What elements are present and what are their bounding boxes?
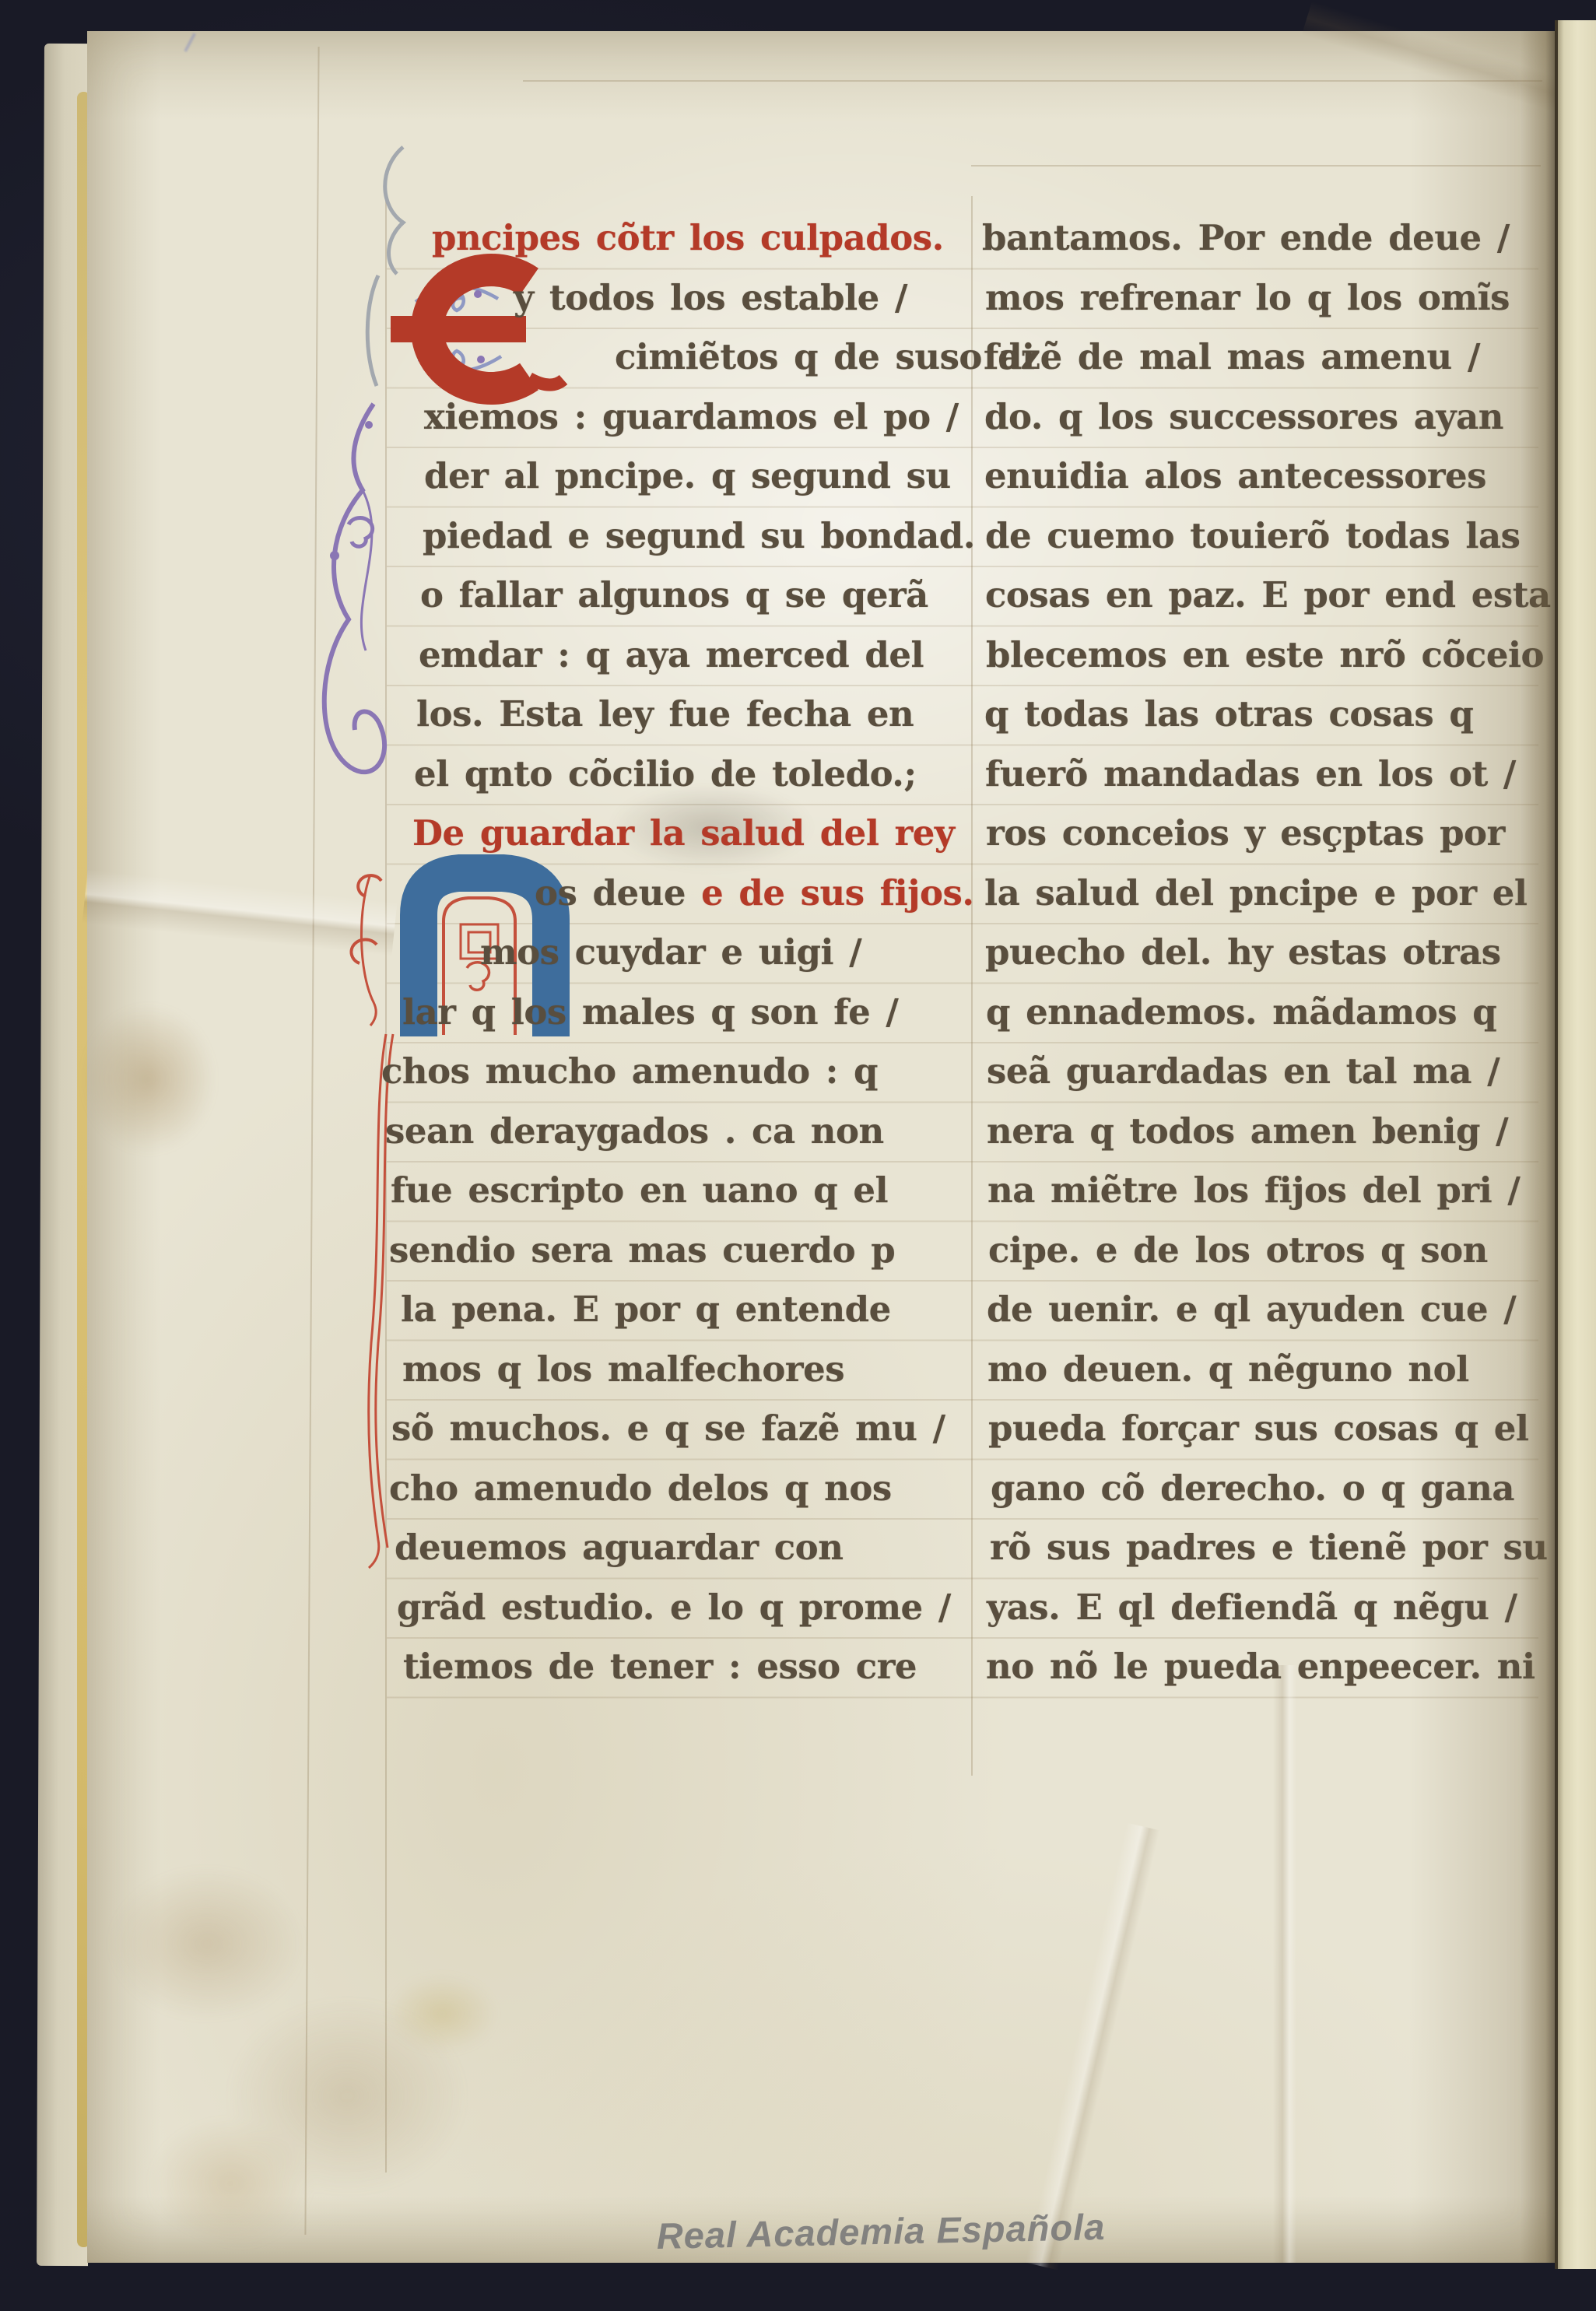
- text-run-ink: lar q los males q son fe /: [402, 991, 898, 1033]
- manuscript-line: puecho del. hy estas otras: [982, 923, 1581, 983]
- text-run-ink: der al pncipe. q segund su: [424, 455, 951, 496]
- text-run-ink: bantamos. Por ende deue /: [982, 217, 1510, 258]
- text-run-ink: tiemos de tener : esso cre: [403, 1646, 917, 1687]
- manuscript-line: enuidia alos antecessores: [982, 447, 1581, 507]
- manuscript-line: la salud del pncipe e por el: [982, 864, 1581, 924]
- manuscript-line: no nõ le pueda enpeecer. ni: [982, 1637, 1581, 1697]
- text-run-ink: q todas las otras cosas q: [984, 693, 1473, 735]
- manuscript-line: do. q los successores ayan: [982, 388, 1581, 447]
- manuscript-line: emdar : q aya merced del: [381, 626, 980, 686]
- manuscript-line: lar q los males q son fe /: [381, 983, 980, 1043]
- manuscript-line: la pena. E por q entende: [381, 1280, 980, 1340]
- manuscript-line: mo deuen. q nẽguno nol: [982, 1340, 1581, 1400]
- faint-pencil-mark: [184, 33, 221, 65]
- text-run-ink: de cuemo touierõ todas las: [985, 515, 1520, 556]
- manuscript-line: cimiẽtos q de suso di: [381, 328, 980, 388]
- manuscript-line: der al pncipe. q segund su: [381, 447, 980, 507]
- manuscript-line: grãd estudio. e lo q prome /: [381, 1578, 980, 1638]
- facing-page-edge: [1555, 20, 1596, 2269]
- text-run-ink: gano cõ derecho. o q gana: [991, 1468, 1514, 1509]
- manuscript-line: ros conceios y esçptas por: [982, 804, 1581, 864]
- manuscript-line: cho amenudo delos q nos: [381, 1459, 980, 1519]
- manuscript-line: xiemos : guardamos el po /: [381, 388, 980, 447]
- text-run-ink: fuerõ mandadas en los ot /: [985, 753, 1516, 794]
- text-run-ink: los. Esta ley fue fecha en: [416, 693, 914, 735]
- stain: [82, 1005, 215, 1153]
- manuscript-scan: pncipes cõtr los culpados.y todos los es…: [0, 0, 1596, 2311]
- text-column-left: pncipes cõtr los culpados.y todos los es…: [381, 209, 980, 1697]
- manuscript-line: mos cuydar e uigi /: [381, 923, 980, 983]
- text-run-ink: na miẽtre los fijos del pri /: [987, 1170, 1520, 1211]
- manuscript-line: q todas las otras cosas q: [982, 685, 1581, 745]
- text-run-ink: mos refrenar lo q los omĩs: [985, 277, 1510, 318]
- text-run-ink: yas. E ql defiendã q nẽgu /: [987, 1587, 1517, 1628]
- manuscript-line: pncipes cõtr los culpados.: [381, 209, 980, 268]
- gutter-crease-line: [1555, 20, 1558, 2269]
- manuscript-line: deuemos aguardar con: [381, 1518, 980, 1578]
- text-run-rubric: pncipes cõtr los culpados.: [432, 217, 944, 258]
- manuscript-line: sean deraygados . ca non: [381, 1102, 980, 1162]
- text-run-ink: rõ sus padres e tienẽ por su: [990, 1527, 1548, 1568]
- text-run-ink: fue escripto en uano q el: [391, 1170, 888, 1211]
- manuscript-line: fazẽ de mal mas amenu /: [982, 328, 1581, 388]
- text-run-ink: sendio sera mas cuerdo p: [389, 1229, 895, 1271]
- manuscript-line: de uenir. e ql ayuden cue /: [982, 1280, 1581, 1340]
- binding-gutter-shadow: [1521, 31, 1556, 2263]
- text-run-ink: cho amenudo delos q nos: [389, 1468, 892, 1509]
- parchment-page: pncipes cõtr los culpados.y todos los es…: [87, 31, 1556, 2263]
- text-run-ink: enuidia alos antecessores: [984, 455, 1486, 496]
- text-run-ink: fazẽ de mal mas amenu /: [984, 336, 1480, 377]
- manuscript-line: os deue e de sus fijos.: [381, 864, 980, 924]
- ruling-line-horizontal: [971, 165, 1541, 167]
- manuscript-line: blecemos en este nrõ cõceio: [982, 626, 1581, 686]
- text-run-ink: cipe. e de los otros q son: [988, 1229, 1488, 1271]
- text-run-ink: cosas en paz. E por end esta /: [985, 574, 1579, 615]
- text-run-ink: deuemos aguardar con: [395, 1527, 843, 1568]
- text-run-ink: la pena. E por q entende: [401, 1289, 891, 1330]
- manuscript-line: chos mucho amenudo : q: [381, 1042, 980, 1102]
- manuscript-line: y todos los estable /: [381, 268, 980, 328]
- text-run-ink: pueda forçar sus cosas q el: [988, 1408, 1528, 1449]
- text-run-ink: la salud del pncipe e por el: [984, 872, 1528, 914]
- text-run-ink: chos mucho amenudo : q: [381, 1050, 878, 1092]
- text-run-ink: de uenir. e ql ayuden cue /: [987, 1289, 1516, 1330]
- text-column-right: bantamos. Por ende deue /mos refrenar lo…: [982, 209, 1581, 1697]
- text-run-ink: o fallar algunos q se qerã: [420, 574, 928, 615]
- manuscript-line: cosas en paz. E por end esta /: [982, 566, 1581, 626]
- text-run-ink: nera q todos amen benig /: [987, 1110, 1508, 1152]
- text-run-ink: grãd estudio. e lo q prome /: [397, 1587, 951, 1628]
- text-run-ink: mos q los malfechores: [402, 1348, 844, 1390]
- text-run-rubric: e de sus fijos.: [701, 872, 973, 914]
- manuscript-line: mos refrenar lo q los omĩs: [982, 268, 1581, 328]
- text-run-ink: ros conceios y esçptas por: [986, 812, 1505, 854]
- manuscript-line: el qnto cõcilio de toledo.;: [381, 745, 980, 805]
- text-run-ink: emdar : q aya merced del: [419, 634, 924, 675]
- text-run-ink: el qnto cõcilio de toledo.;: [414, 753, 917, 794]
- manuscript-line: nera q todos amen benig /: [982, 1102, 1581, 1162]
- manuscript-line: fuerõ mandadas en los ot /: [982, 745, 1581, 805]
- manuscript-line: sõ muchos. e q se fazẽ mu /: [381, 1399, 980, 1459]
- text-run-ink: mos cuydar e uigi /: [480, 931, 861, 973]
- manuscript-line: yas. E ql defiendã q nẽgu /: [982, 1578, 1581, 1638]
- manuscript-line: rõ sus padres e tienẽ por su: [982, 1518, 1581, 1578]
- manuscript-line: na miẽtre los fijos del pri /: [982, 1161, 1581, 1221]
- text-run-ink: cimiẽtos q de suso di: [615, 336, 1035, 377]
- ruling-line-horizontal: [523, 80, 1542, 82]
- text-run-ink: q ennademos. mãdamos q: [986, 991, 1496, 1033]
- manuscript-line: piedad e segund su bondad.: [381, 507, 980, 566]
- manuscript-line: fue escripto en uano q el: [381, 1161, 980, 1221]
- text-run-ink: sõ muchos. e q se fazẽ mu /: [391, 1408, 945, 1449]
- parchment-crease: [1273, 1665, 1296, 2263]
- manuscript-line: sendio sera mas cuerdo p: [381, 1221, 980, 1281]
- text-run-ink: blecemos en este nrõ cõceio: [986, 634, 1544, 675]
- parchment-crease: [1025, 1822, 1159, 2270]
- text-run-ink: y todos los estable /: [514, 277, 907, 318]
- text-run-rubric: De guardar la salud del rey: [412, 812, 955, 854]
- text-run-ink: mo deuen. q nẽguno nol: [987, 1348, 1469, 1390]
- text-run-ink: do. q los successores ayan: [984, 396, 1503, 437]
- manuscript-line: De guardar la salud del rey: [381, 804, 980, 864]
- manuscript-line: bantamos. Por ende deue /: [982, 209, 1581, 268]
- text-run-ink: seã guardadas en tal ma /: [987, 1050, 1500, 1092]
- text-run-ink: os deue: [535, 872, 701, 914]
- manuscript-line: seã guardadas en tal ma /: [982, 1042, 1581, 1102]
- text-run-ink: piedad e segund su bondad.: [423, 515, 975, 556]
- manuscript-line: q ennademos. mãdamos q: [982, 983, 1581, 1043]
- manuscript-line: tiemos de tener : esso cre: [381, 1637, 980, 1697]
- manuscript-line: o fallar algunos q se qerã: [381, 566, 980, 626]
- text-run-ink: sean deraygados . ca non: [385, 1110, 884, 1152]
- manuscript-line: cipe. e de los otros q son: [982, 1221, 1581, 1281]
- text-run-ink: no nõ le pueda enpeecer. ni: [986, 1646, 1535, 1687]
- manuscript-line: gano cõ derecho. o q gana: [982, 1459, 1581, 1519]
- text-run-ink: puecho del. hy estas otras: [985, 931, 1501, 973]
- manuscript-line: pueda forçar sus cosas q el: [982, 1399, 1581, 1459]
- manuscript-line: mos q los malfechores: [381, 1340, 980, 1400]
- text-run-ink: xiemos : guardamos el po /: [424, 396, 959, 437]
- manuscript-line: de cuemo touierõ todas las: [982, 507, 1581, 566]
- manuscript-line: los. Esta ley fue fecha en: [381, 685, 980, 745]
- stain: [388, 1975, 496, 2053]
